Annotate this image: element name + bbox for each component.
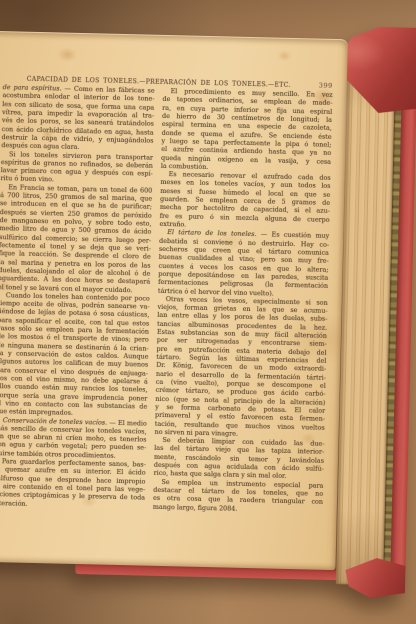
open-book: CAPACIDAD DE LOS TONELES.—PREPARACIÓN DE… [0, 31, 416, 614]
book-photo-scene: CAPACIDAD DE LOS TONELES.—PREPARACIÓN DE… [0, 0, 416, 624]
page-number: 399 [319, 82, 333, 90]
text-column-right: El procedimiento es muy sencillo. En vez… [153, 87, 333, 515]
text-column-left: de para espíritus. — Como en las fábrica… [0, 83, 155, 510]
